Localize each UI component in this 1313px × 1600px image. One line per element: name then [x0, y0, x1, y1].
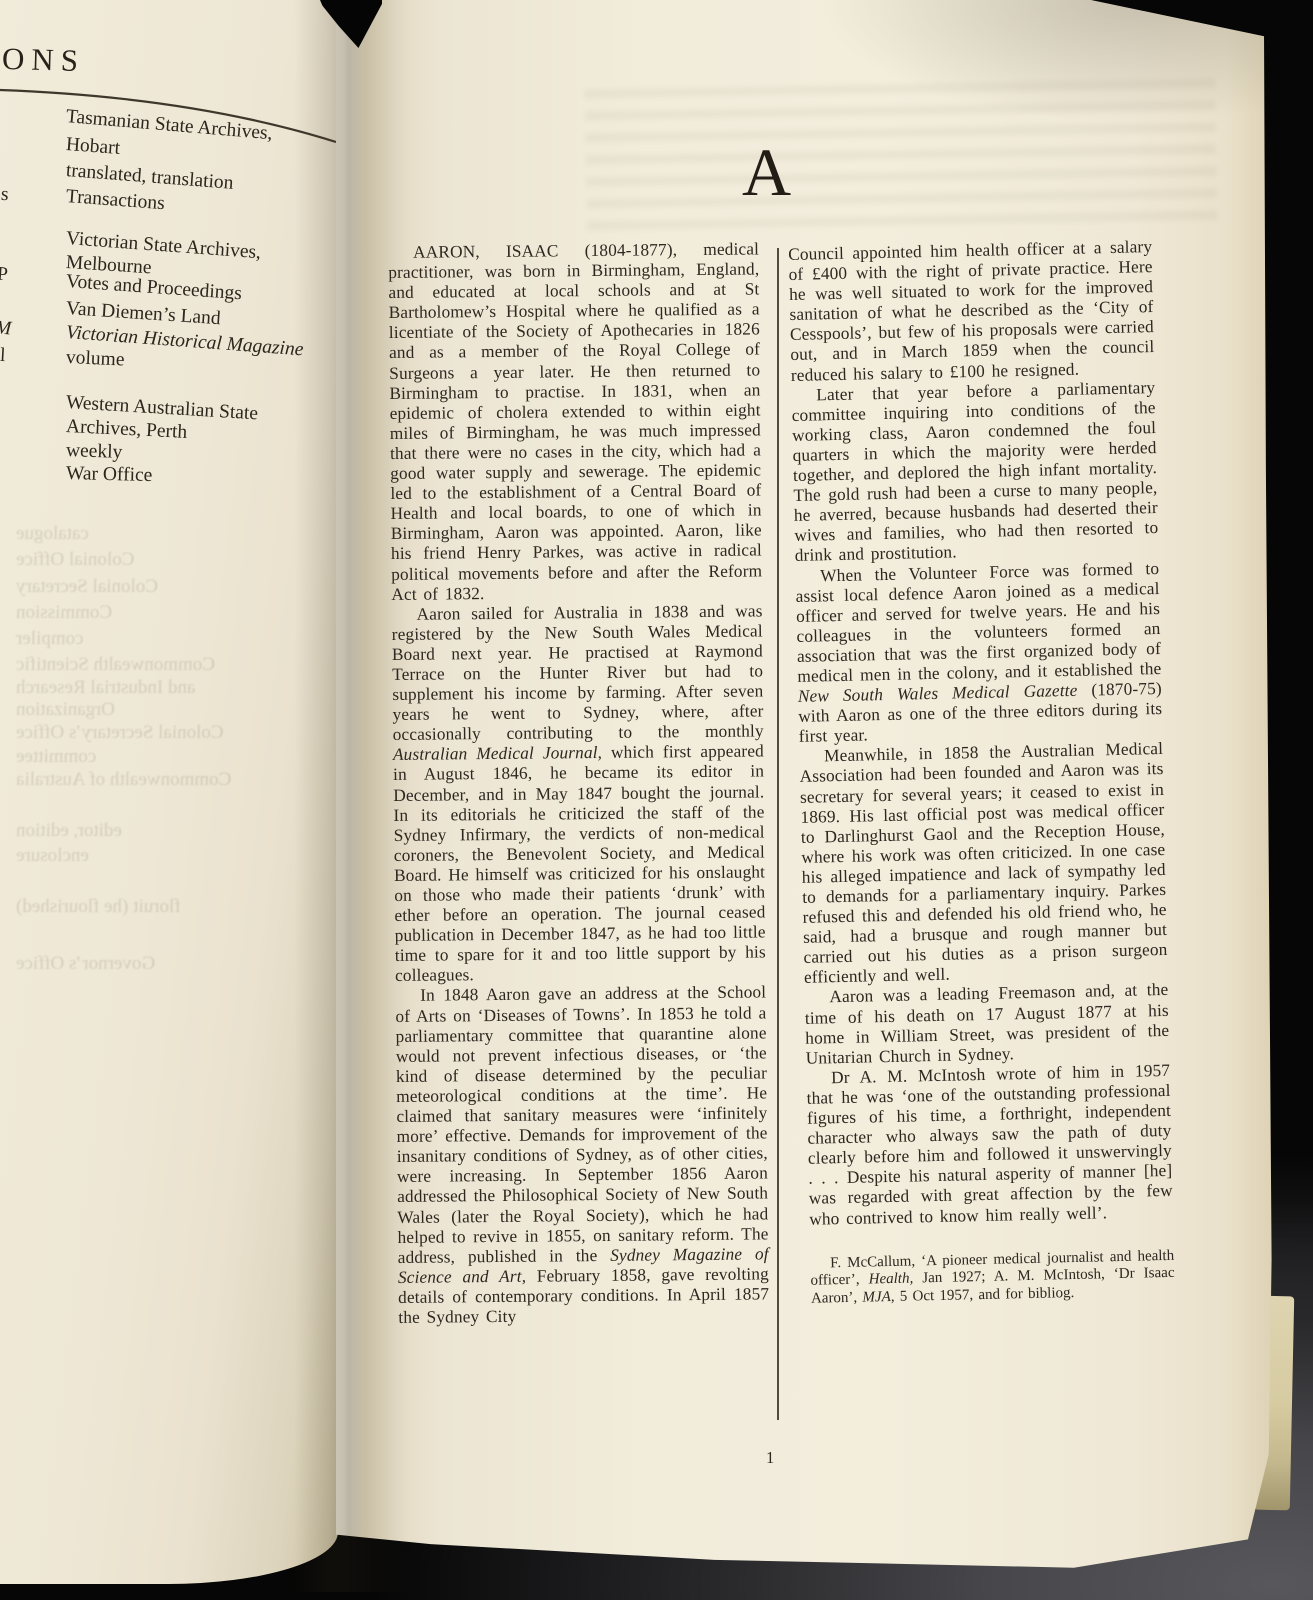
- page-number: 1: [766, 1448, 774, 1468]
- entry-column-right: Council appointed him health officer at …: [788, 237, 1175, 1324]
- abbreviation-fragment: M: [0, 317, 12, 340]
- entry-paragraph: Meanwhile, in 1858 the Australian Medica…: [799, 739, 1168, 988]
- column-divider: [777, 248, 779, 1420]
- show-through-smudge: [585, 79, 1217, 238]
- show-through-text: catalogue Colonial Office Colonial Secre…: [16, 0, 304, 1000]
- entry-paragraph: In 1848 Aaron gave an address at the Sch…: [395, 983, 769, 1328]
- book-photo: ONS Tasmanian State Archives, Hobart tra…: [0, 0, 1313, 1600]
- bibliography: F. McCallum, ‘A pioneer medical journali…: [810, 1247, 1175, 1308]
- section-letter: A: [742, 138, 791, 206]
- entry-paragraph: AARON, ISAAC (1804-1877), medical practi…: [388, 239, 762, 604]
- right-page: A AARON, ISAAC (1804-1877), medical prac…: [336, 0, 1282, 1574]
- entry-column-left: AARON, ISAAC (1804-1877), medical practi…: [388, 239, 769, 1328]
- abbreviation-fragment: s: [0, 184, 9, 206]
- abbreviation-fragment: P: [0, 264, 9, 287]
- entry-paragraph: When the Volunteer Force was formed to a…: [795, 558, 1163, 747]
- entry-paragraph: Later that year before a parliamentary c…: [791, 378, 1159, 567]
- left-page: ONS Tasmanian State Archives, Hobart tra…: [0, 0, 338, 1584]
- entry-paragraph: Aaron sailed for Australia in 1838 and w…: [391, 601, 766, 986]
- abbreviation-fragment: l: [0, 345, 6, 367]
- entry-paragraph: Aaron was a leading Freemason and, at th…: [804, 980, 1170, 1068]
- entry-paragraph: Council appointed him health officer at …: [788, 237, 1155, 386]
- entry-paragraph: Dr A. M. McIntosh wrote of him in 1957 t…: [806, 1061, 1173, 1230]
